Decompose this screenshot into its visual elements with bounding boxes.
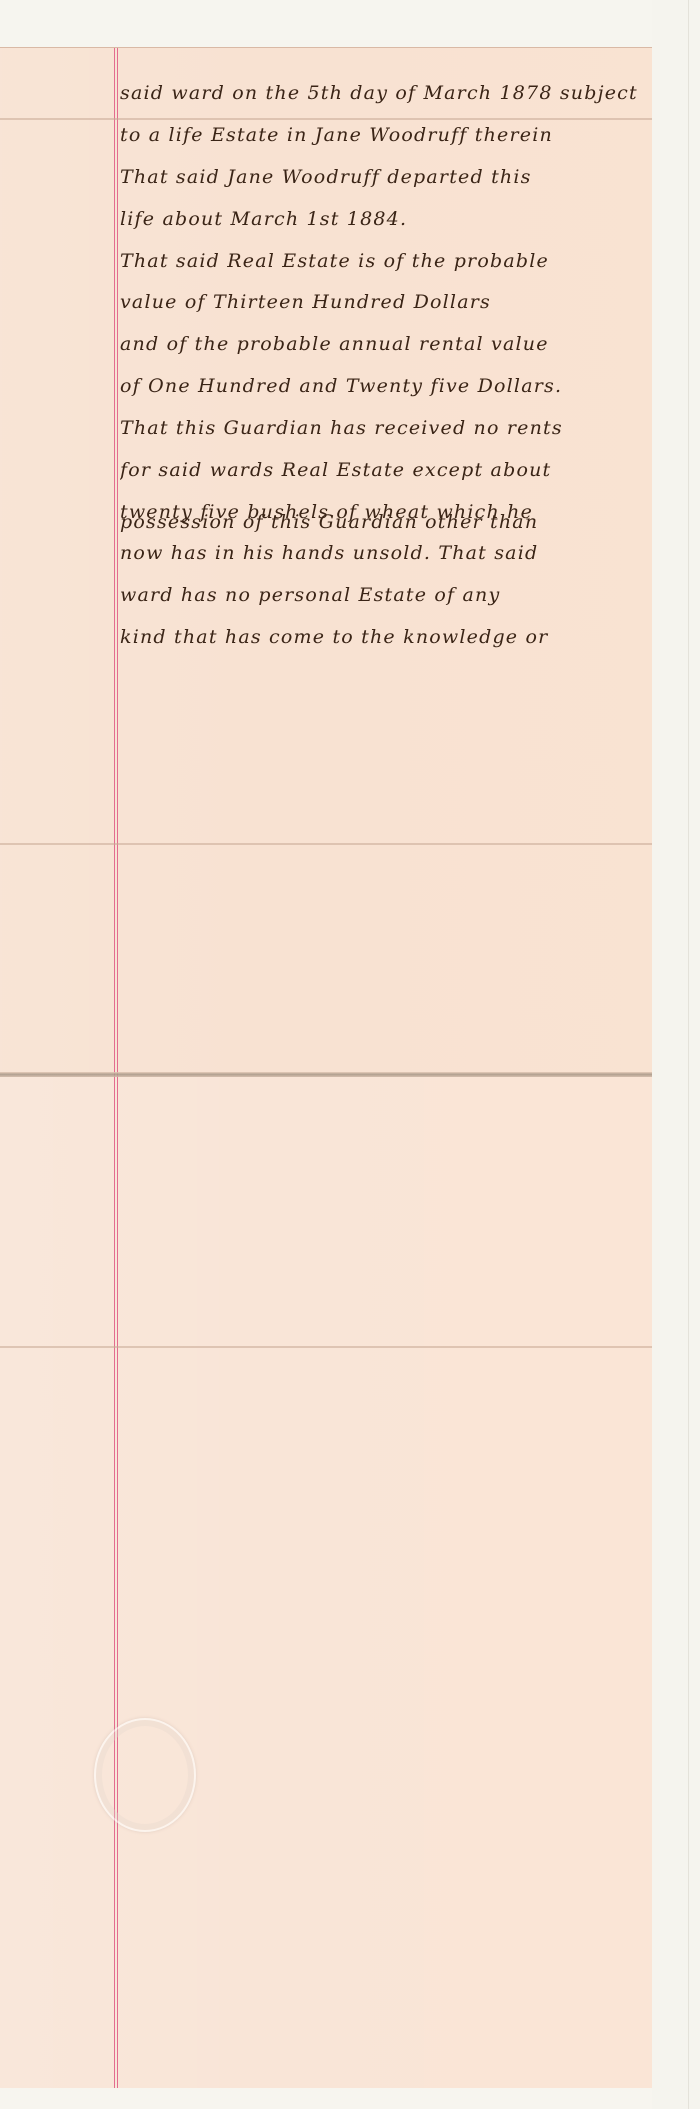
text-line: possession of this Guardian other than	[120, 507, 650, 537]
text-line: for said wards Real Estate except about	[120, 455, 650, 485]
text-line: life about March 1st 1884.	[120, 204, 650, 234]
scan-backing-right	[652, 0, 700, 2109]
text-line: of One Hundred and Twenty five Dollars.	[120, 371, 650, 401]
scan-backing-top	[0, 0, 652, 48]
text-line: value of Thirteen Hundred Dollars	[120, 287, 650, 317]
text-line: now has in his hands unsold. That said	[120, 538, 650, 568]
paper-fold-faint	[0, 843, 652, 845]
paper-fold-crease	[0, 1072, 652, 1077]
text-line: That said Jane Woodruff departed this	[120, 162, 650, 192]
text-line: and of the probable annual rental value	[120, 329, 650, 359]
page-lower-half	[0, 1076, 652, 2088]
text-line: That this Guardian has received no rents	[120, 413, 650, 443]
text-line: ward has no personal Estate of any	[120, 580, 650, 610]
text-line: kind that has come to the knowledge or	[120, 622, 650, 652]
paper-fold-faint	[0, 1346, 652, 1348]
text-line: said ward on the 5th day of March 1878 s…	[120, 78, 650, 108]
text-line: to a life Estate in Jane Woodruff therei…	[120, 120, 650, 150]
embossed-seal	[94, 1718, 196, 1832]
text-line: That said Real Estate is of the probable	[120, 246, 650, 276]
